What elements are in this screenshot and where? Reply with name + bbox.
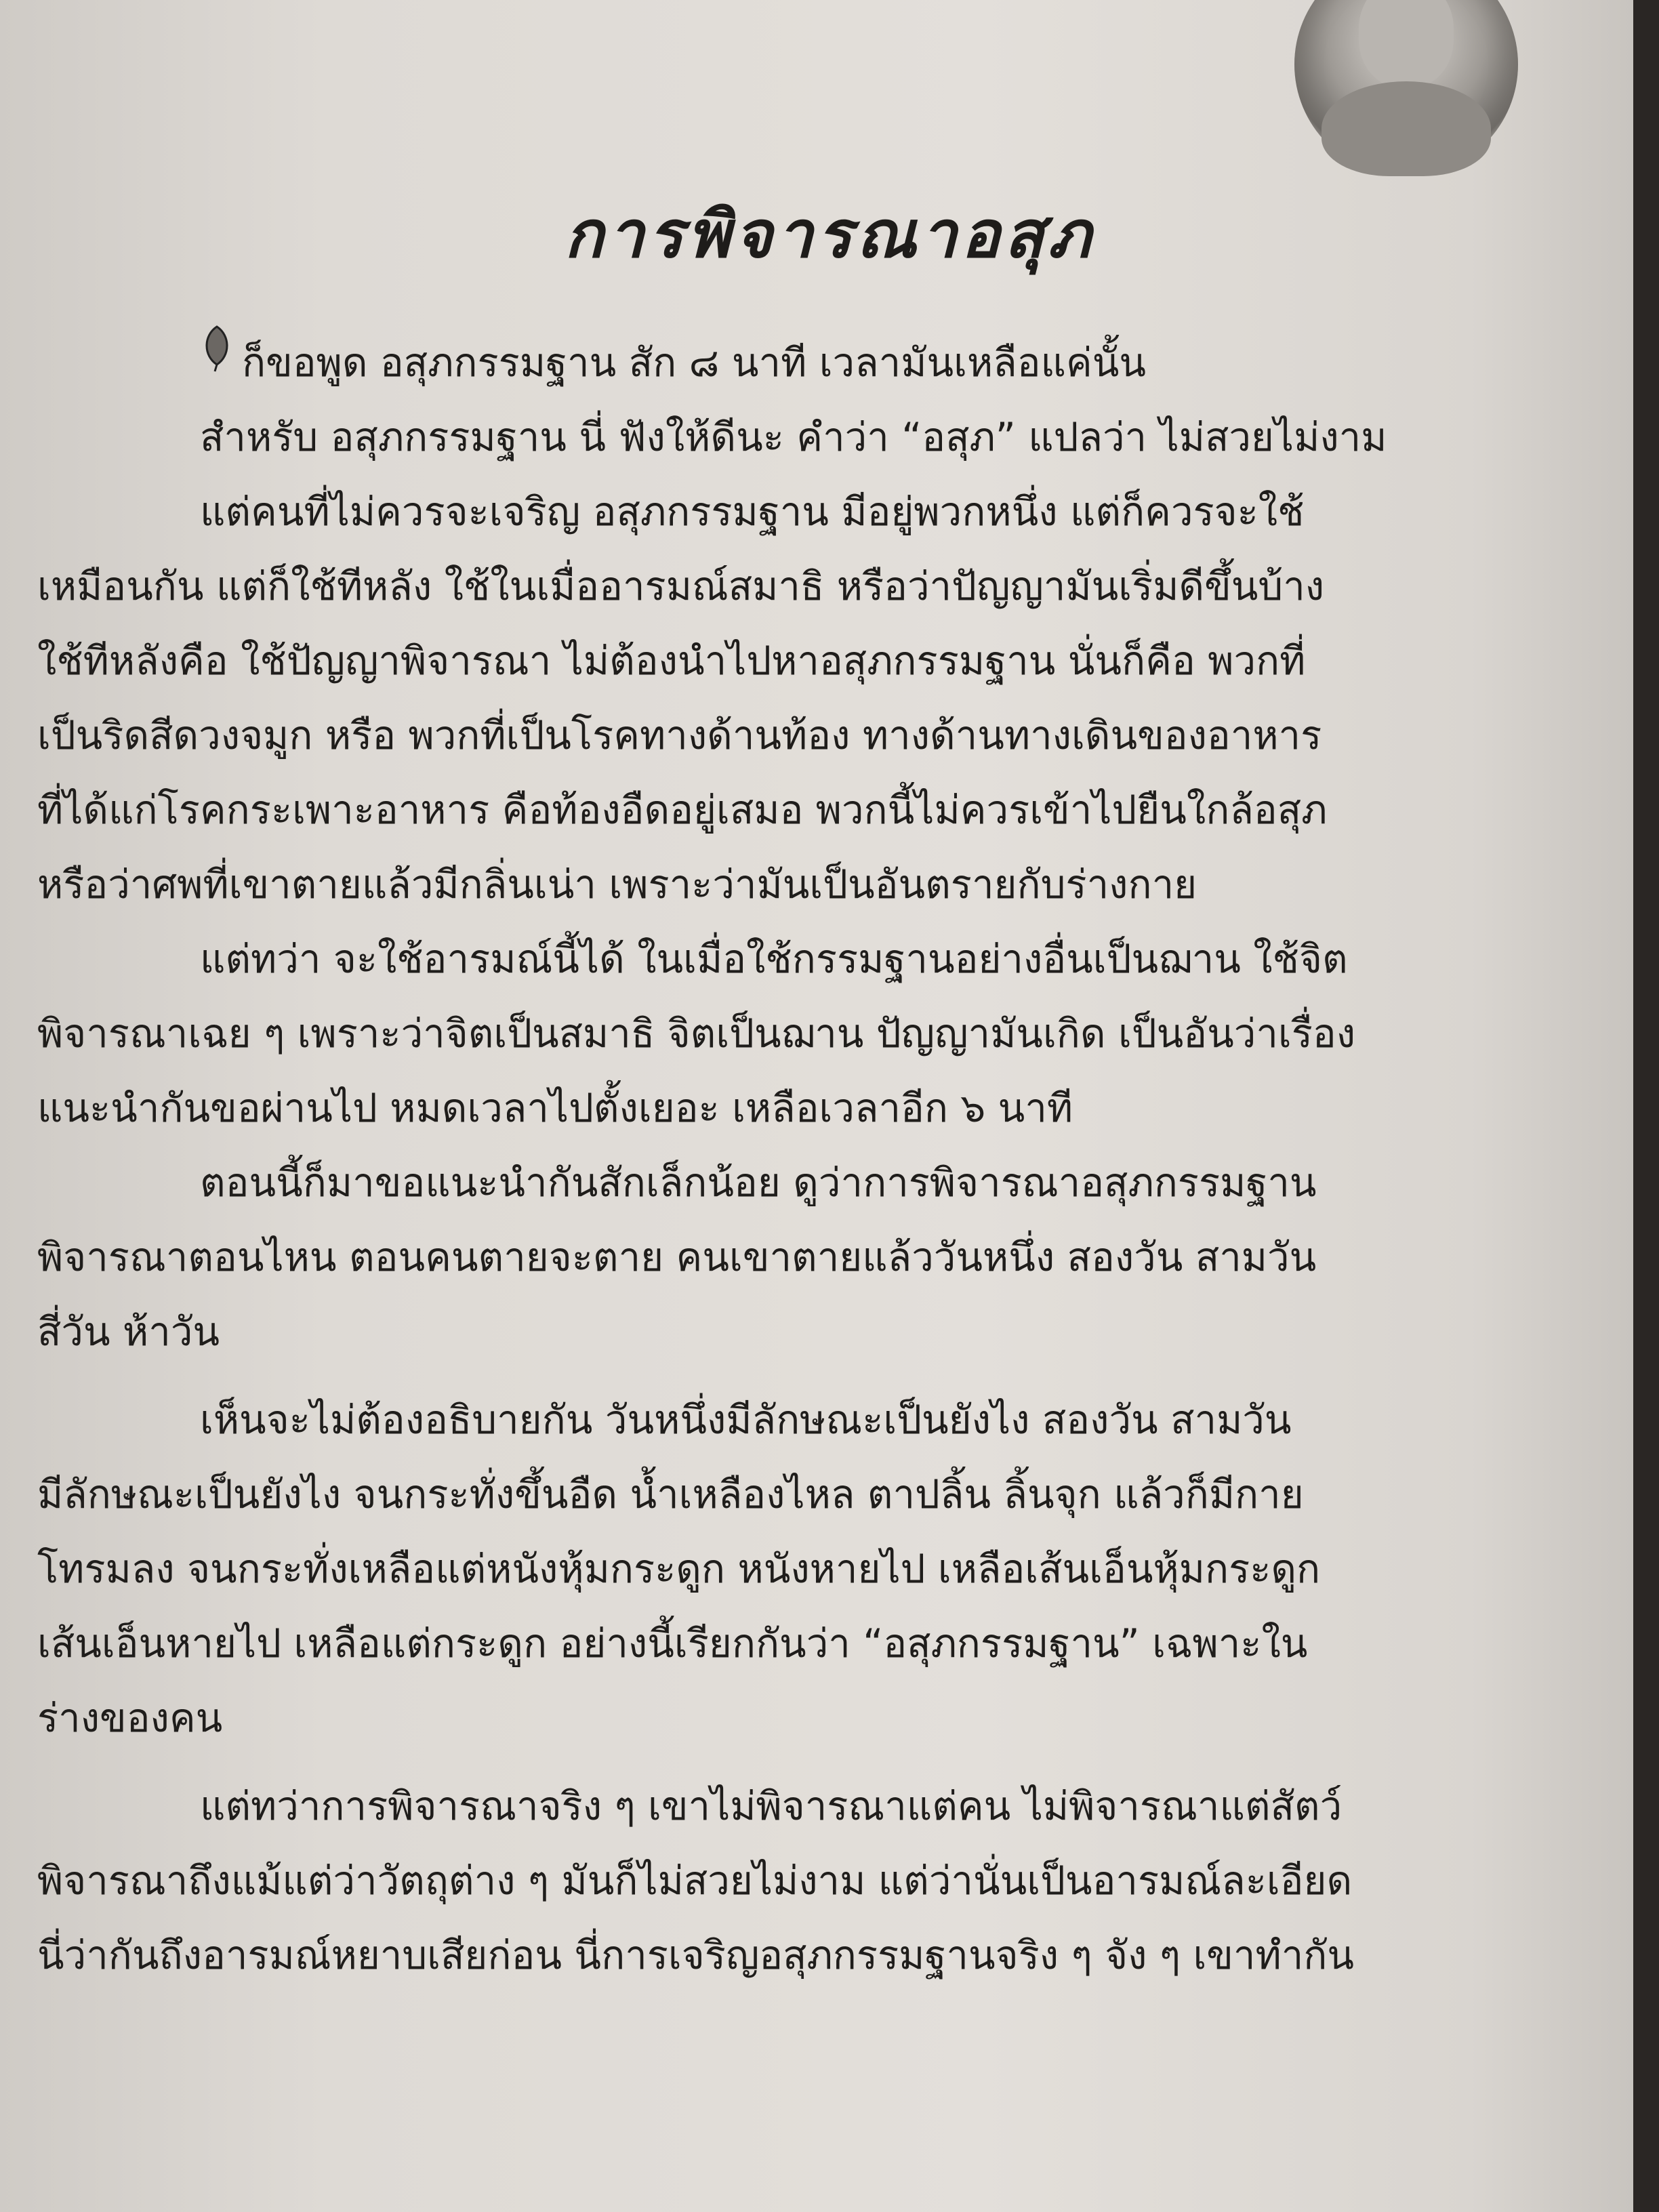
text-line: พิจารณาเฉย ๆ เพราะว่าจิตเป็นสมาธิ จิตเป็… — [37, 996, 1542, 1071]
book-page: การพิจารณาอสุภ ก็ขอพูด อสุภกรรมฐาน สัก ๘… — [0, 0, 1633, 2212]
text-line: สำหรับ อสุภกรรมฐาน นี่ ฟังให้ดีนะ คำว่า … — [37, 400, 1542, 474]
paragraph-5-line-2: พิจารณาตอนไหน ตอนคนตายจะตาย คนเขาตายแล้ว… — [37, 1220, 1316, 1294]
text-line: แนะนำกันขอผ่านไป หมดเวลาไปตั้งเยอะ เหลือ… — [37, 1071, 1542, 1145]
paragraph-3-line-4: เป็นริดสีดวงจมูก หรือ พวกที่เป็นโรคทางด้… — [37, 698, 1322, 773]
paragraph-6-line-2: มีลักษณะเป็นยังไง จนกระทั่งขึ้นอืด น้ำเห… — [37, 1457, 1304, 1532]
paragraph-3-line-5: ที่ได้แก่โรคกระเพาะอาหาร คือท้องอืดอยู่เ… — [37, 773, 1327, 847]
text-line: เส้นเอ็นหายไป เหลือแต่กระดูก อย่างนี้เรี… — [37, 1606, 1542, 1681]
body-text: ก็ขอพูด อสุภกรรมฐาน สัก ๘ นาที เวลามันเห… — [37, 325, 1542, 1992]
text-line: เป็นริดสีดวงจมูก หรือ พวกที่เป็นโรคทางด้… — [37, 698, 1542, 773]
text-line: พิจารณาถึงแม้แต่ว่าวัตถุต่าง ๆ มันก็ไม่ส… — [37, 1843, 1542, 1918]
paragraph-3-line-6: หรือว่าศพที่เขาตายแล้วมีกลิ่นเน่า เพราะว… — [37, 847, 1197, 922]
paragraph-5-line-1: ตอนนี้ก็มาขอแนะนำกันสักเล็กน้อย ดูว่าการ… — [200, 1145, 1317, 1220]
paragraph-7-line-2: พิจารณาถึงแม้แต่ว่าวัตถุต่าง ๆ มันก็ไม่ส… — [37, 1843, 1352, 1918]
text-line: หรือว่าศพที่เขาตายแล้วมีกลิ่นเน่า เพราะว… — [37, 847, 1542, 922]
paragraph-6-line-3: โทรมลง จนกระทั่งเหลือแต่หนังหุ้มกระดูก ห… — [37, 1532, 1320, 1606]
portrait-face — [1359, 0, 1454, 88]
text-line: เห็นจะไม่ต้องอธิบายกัน วันหนึ่งมีลักษณะเ… — [37, 1382, 1542, 1457]
text-line: ร่างของคน — [37, 1681, 1542, 1755]
leaf-bullet-icon — [200, 325, 234, 373]
monk-portrait-image — [1294, 0, 1518, 176]
text-line: ตอนนี้ก็มาขอแนะนำกันสักเล็กน้อย ดูว่าการ… — [37, 1145, 1542, 1220]
paragraph-6-line-5: ร่างของคน — [37, 1681, 222, 1755]
paragraph-7-line-1: แต่ทว่าการพิจารณาจริง ๆ เขาไม่พิจารณาแต่… — [200, 1769, 1342, 1843]
paragraph-1-line-1: ก็ขอพูด อสุภกรรมฐาน สัก ๘ นาที เวลามันเห… — [242, 325, 1146, 400]
text-line: แต่ทว่าการพิจารณาจริง ๆ เขาไม่พิจารณาแต่… — [37, 1769, 1542, 1843]
text-line: มีลักษณะเป็นยังไง จนกระทั่งขึ้นอืด น้ำเห… — [37, 1457, 1542, 1532]
paragraph-4-line-1: แต่ทว่า จะใช้อารมณ์นี้ได้ ในเมื่อใช้กรรม… — [200, 922, 1348, 996]
chapter-title: การพิจารณาอสุภ — [0, 183, 1659, 286]
text-line: พิจารณาตอนไหน ตอนคนตายจะตาย คนเขาตายแล้ว… — [37, 1220, 1542, 1294]
paragraph-3-line-1: แต่คนที่ไม่ควรจะเจริญ อสุภกรรมฐาน มีอยู่… — [200, 474, 1305, 549]
text-line: แต่ทว่า จะใช้อารมณ์นี้ได้ ในเมื่อใช้กรรม… — [37, 922, 1542, 996]
paragraph-5-line-3: สี่วัน ห้าวัน — [37, 1294, 220, 1369]
paragraph-3-line-2: เหมือนกัน แต่ก็ใช้ทีหลัง ใช้ในเมื่ออารมณ… — [37, 549, 1324, 623]
paragraph-7-line-3: นี่ว่ากันถึงอารมณ์หยาบเสียก่อน นี่การเจร… — [37, 1918, 1354, 1992]
text-line: ใช้ทีหลังคือ ใช้ปัญญาพิจารณา ไม่ต้องนำไป… — [37, 623, 1542, 698]
paragraph-3-line-3: ใช้ทีหลังคือ ใช้ปัญญาพิจารณา ไม่ต้องนำไป… — [37, 623, 1305, 698]
text-line: สี่วัน ห้าวัน — [37, 1294, 1542, 1369]
text-line: ก็ขอพูด อสุภกรรมฐาน สัก ๘ นาที เวลามันเห… — [37, 325, 1542, 400]
text-line: โทรมลง จนกระทั่งเหลือแต่หนังหุ้มกระดูก ห… — [37, 1532, 1542, 1606]
paragraph-4-line-2: พิจารณาเฉย ๆ เพราะว่าจิตเป็นสมาธิ จิตเป็… — [37, 996, 1355, 1071]
paragraph-4-line-3: แนะนำกันขอผ่านไป หมดเวลาไปตั้งเยอะ เหลือ… — [37, 1071, 1073, 1145]
text-line: นี่ว่ากันถึงอารมณ์หยาบเสียก่อน นี่การเจร… — [37, 1918, 1542, 1992]
text-line: เหมือนกัน แต่ก็ใช้ทีหลัง ใช้ในเมื่ออารมณ… — [37, 549, 1542, 623]
text-line: ที่ได้แก่โรคกระเพาะอาหาร คือท้องอืดอยู่เ… — [37, 773, 1542, 847]
paragraph-2-line-1: สำหรับ อสุภกรรมฐาน นี่ ฟังให้ดีนะ คำว่า … — [200, 400, 1387, 474]
portrait-robe — [1322, 81, 1491, 176]
paragraph-6-line-4: เส้นเอ็นหายไป เหลือแต่กระดูก อย่างนี้เรี… — [37, 1606, 1307, 1681]
text-line: แต่คนที่ไม่ควรจะเจริญ อสุภกรรมฐาน มีอยู่… — [37, 474, 1542, 549]
paragraph-6-line-1: เห็นจะไม่ต้องอธิบายกัน วันหนึ่งมีลักษณะเ… — [200, 1382, 1292, 1457]
